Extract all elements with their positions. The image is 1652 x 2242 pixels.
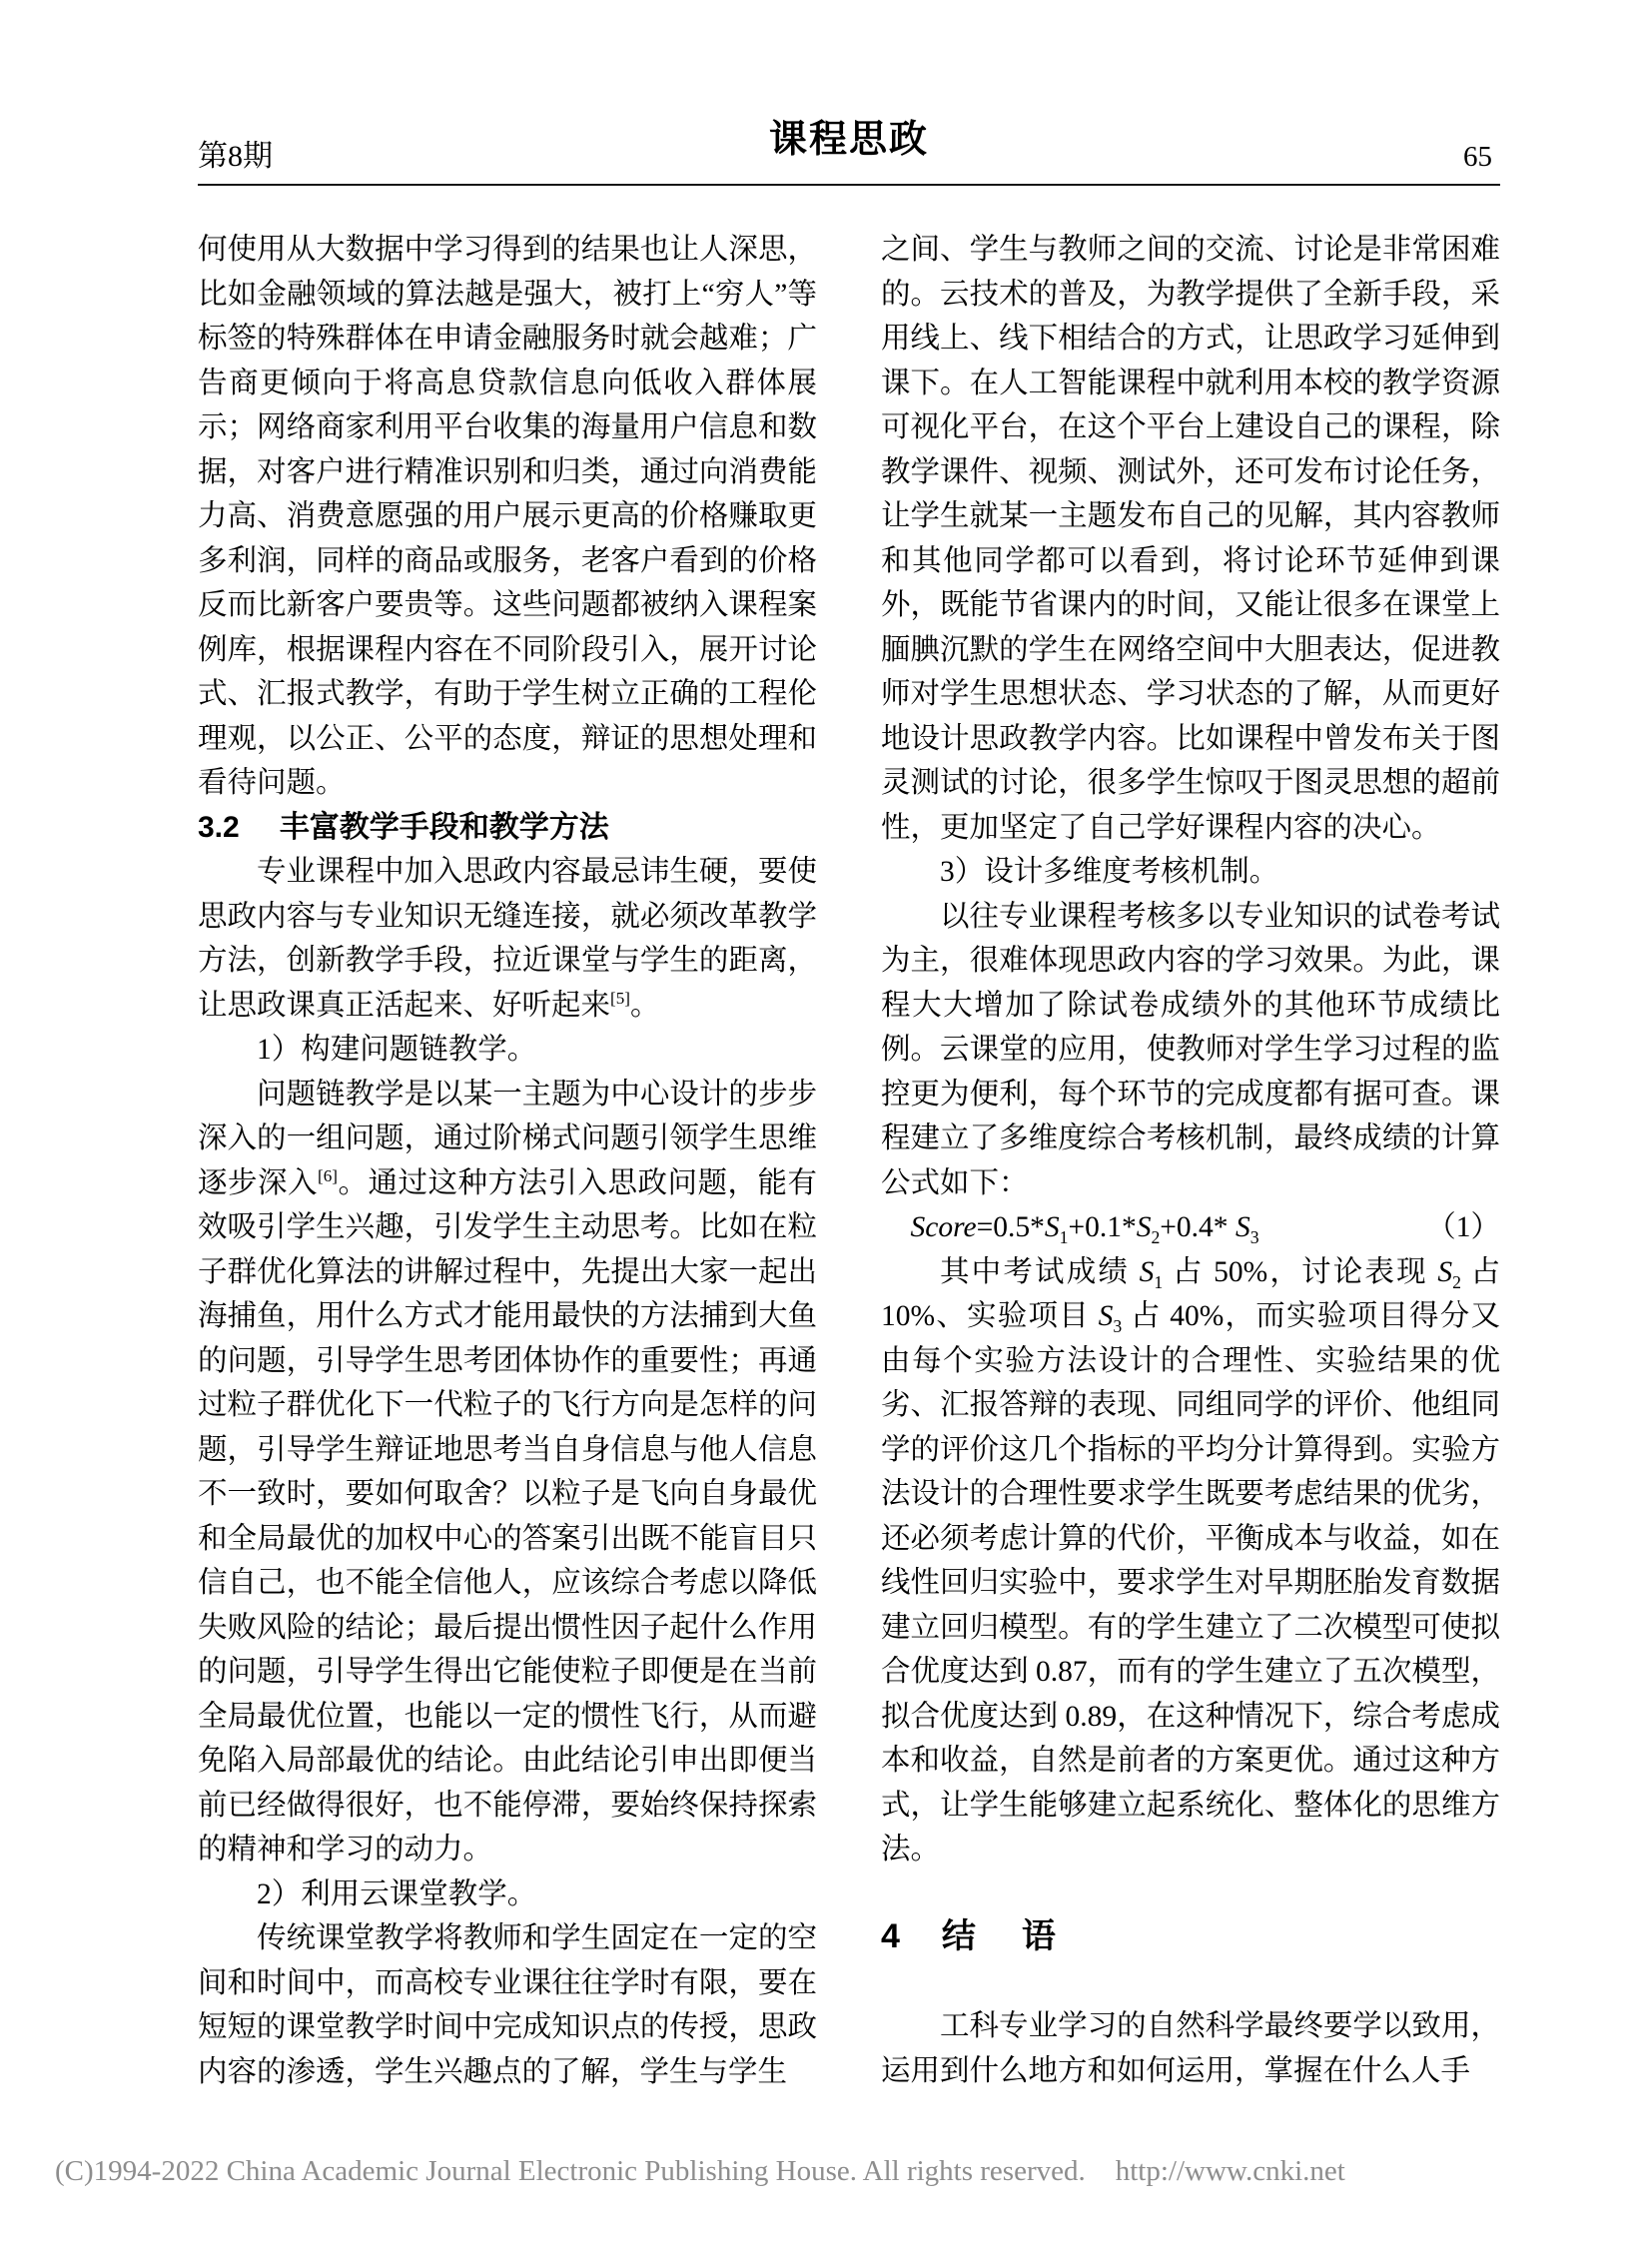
body-paragraph: 专业课程中加入思政内容最忌讳生硬，要使思政内容与专业知识无缝连接，就必须改革教学… bbox=[198, 850, 817, 1028]
body-paragraph: 工科专业学习的自然科学最终要学以致用，运用到什么地方和如何运用，掌握在什么人手 bbox=[881, 2004, 1500, 2093]
heading-title: 丰富教学手段和教学方法 bbox=[280, 811, 609, 844]
body-paragraph: 问题链教学是以某一主题为中心设计的步步深入的一组问题，通过阶梯式问题引领学生思维… bbox=[198, 1073, 817, 1872]
copyright-text: (C)1994-2022 China Academic Journal Elec… bbox=[55, 2153, 1086, 2189]
heading-number: 4 bbox=[881, 1917, 900, 1955]
list-item-heading: 1）构建问题链教学。 bbox=[198, 1028, 817, 1073]
header-rule bbox=[198, 184, 1500, 186]
heading-number: 3.2 bbox=[198, 811, 240, 844]
cnki-url: http://www.cnki.net bbox=[1116, 2153, 1345, 2189]
equation-number: （1） bbox=[1426, 1205, 1500, 1250]
left-column: 何使用从大数据中学习得到的结果也让人深思，比如金融领域的算法越是强大，被打上“穷… bbox=[198, 228, 817, 2094]
list-item-heading: 3）设计多维度考核机制。 bbox=[881, 850, 1500, 895]
body-paragraph: 之间、学生与教师之间的交流、讨论是非常困难的。云技术的普及，为教学提供了全新手段… bbox=[881, 228, 1500, 850]
heading-title: 结 语 bbox=[942, 1917, 1062, 1955]
list-item-heading: 2）利用云课堂教学。 bbox=[198, 1872, 817, 1917]
subsection-heading-3-2: 3.2丰富教学手段和教学方法 bbox=[198, 806, 817, 851]
conclusion-heading: 4结 语 bbox=[881, 1914, 1500, 1959]
body-paragraph: 以往专业课程考核多以专业知识的试卷考试为主，很难体现思政内容的学习效果。为此，课… bbox=[881, 895, 1500, 1206]
page-number: 65 bbox=[198, 140, 1492, 174]
body-paragraph: 何使用从大数据中学习得到的结果也让人深思，比如金融领域的算法越是强大，被打上“穷… bbox=[198, 228, 817, 806]
body-paragraph: 传统课堂教学将教师和学生固定在一定的空间和时间中，而高校专业课往往学时有限，要在… bbox=[198, 1916, 817, 2094]
footer: (C)1994-2022 China Academic Journal Elec… bbox=[55, 2153, 1345, 2189]
body-paragraph: 其中考试成绩 S1 占 50%，讨论表现 S2 占10%、实验项目 S3 占 4… bbox=[881, 1250, 1500, 1872]
score-formula: Score=0.5*S1+0.1*S2+0.4* S3 （1） bbox=[881, 1205, 1500, 1250]
right-column: 之间、学生与教师之间的交流、讨论是非常困难的。云技术的普及，为教学提供了全新手段… bbox=[881, 228, 1500, 2093]
equation: Score=0.5*S1+0.1*S2+0.4* S3 bbox=[911, 1205, 1259, 1250]
